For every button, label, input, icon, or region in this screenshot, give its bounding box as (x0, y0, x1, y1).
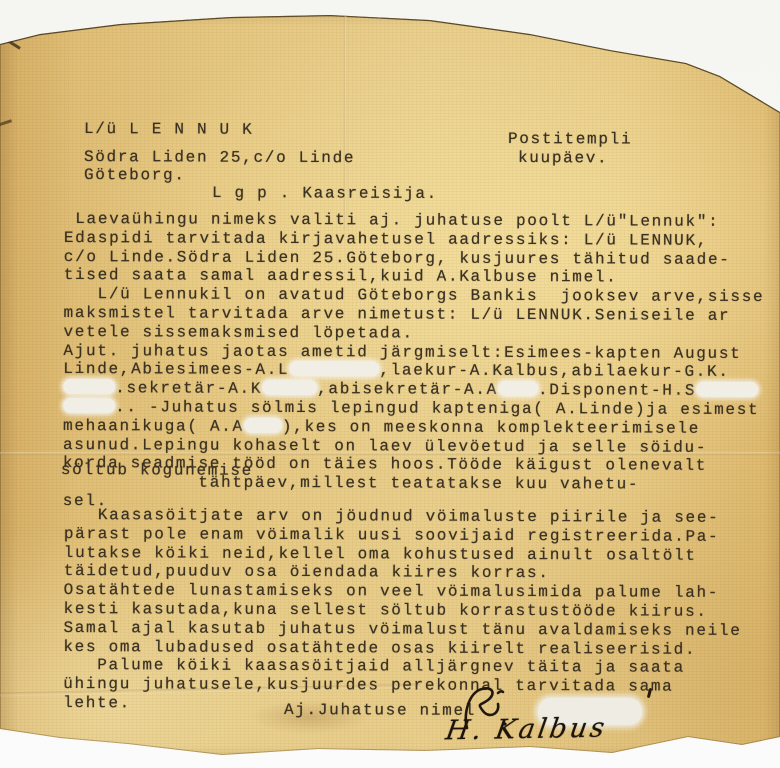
edge-tear-mark (0, 33, 21, 49)
typewritten-text: täidetud,puuduv osa öiendada kiires korr… (64, 562, 550, 582)
redaction-blob (262, 380, 317, 395)
redaction-blob (63, 398, 115, 413)
letter-paper: L/ü L E N N U K Södra Liden 25,c/o Linde… (0, 0, 780, 768)
typewritten-text: Ajut. juhatus jaotas ametid järgmiselt:E… (63, 342, 741, 363)
typewritten-text: tähtpäev,millest teatatakse kuu vahetu- (63, 473, 639, 494)
typewritten-text: Laevaühingu nimeks valiti aj. juhatuse p… (64, 210, 720, 231)
edge-tear-mark (0, 119, 12, 127)
typewritten-text: pärast pole enam vöimalik uusi soovijaid… (64, 525, 720, 546)
typewritten-text: kes oma lubadused osatähtede osas kiirel… (63, 638, 696, 659)
letter-paragraph-1: Laevaühingu nimeks valiti aj. juhatuse p… (63, 210, 765, 514)
redaction-blob (244, 418, 282, 433)
typewritten-text: .. -Juhatus sölmis lepingud kapteniga( A… (115, 398, 759, 419)
typewritten-text: ),kes on meeskonna komplekteerimisele (282, 418, 700, 438)
typewritten-text: maksmistel tarvitada arve nimetust: L/ü … (64, 304, 731, 325)
postmark-label-line1: Postitempli (508, 130, 632, 149)
redaction-blob (63, 379, 115, 394)
typewritten-text: kesti kasutada,kuna sellest söltub korra… (64, 600, 708, 621)
handwritten-signature: H. Kalbus (444, 713, 610, 747)
typewritten-text: Linde,Abiesimees-A.L (63, 360, 289, 379)
redaction-blob (696, 382, 758, 397)
typewritten-text: Kaasasöitjate arv on jöudnud vöimaluste … (64, 506, 720, 527)
typewritten-text: Edaspidi tarvitada kirjavahetusel aadres… (64, 229, 708, 250)
typewritten-text: ,laekur-A.Kalbus,abilaekur-G.K. (379, 362, 729, 382)
typewritten-text: L/ü Lennukil on avatud Göteborgs Bankis … (64, 285, 765, 306)
redaction-blob (289, 361, 379, 376)
typewritten-text: vetele sissemaksmised löpetada. (63, 323, 413, 343)
typewritten-text: Samal ajal kasutab juhatus vöimalust tän… (63, 619, 741, 640)
typewritten-text: lehte. (63, 694, 131, 712)
sender-org-name: L/ü L E N N U K (84, 120, 254, 140)
typewritten-text: Palume köiki kaasasöitjaid alljärgnev tä… (63, 656, 685, 677)
redaction-blob (498, 381, 538, 396)
typewritten-text: ühingu juhatusele,kusjuurdes perekonnal … (63, 675, 673, 696)
typewritten-text: asunud.Lepingu kohaselt on laev ülevöetu… (63, 436, 707, 457)
typewritten-text: mehaanikuga( A.A (63, 417, 244, 436)
postmark-label-line2: kuupäev. (518, 149, 609, 168)
typewritten-text: c/o Linde.Södra Liden 25.Göteborg, kusju… (64, 248, 731, 269)
letter-paragraph-2: Kaasasöitjate arv on jöudnud vöimaluste … (63, 506, 742, 716)
typewritten-text: Osatähtede lunastamiseks on veel vöimalu… (64, 581, 720, 602)
salutation: L g p . Kaasreisija. (212, 184, 438, 204)
typewritten-text: tised saata samal aadressil,kuid A.Kalbu… (64, 266, 618, 286)
sender-address-line1: Södra Liden 25,c/o Linde (84, 148, 355, 168)
typewritten-text: .sekretär-A.K (115, 379, 262, 398)
typewritten-text: .Disponent-H.S (538, 381, 696, 400)
sender-address-line2: Göteborg. (84, 166, 186, 185)
typewritten-text: lutakse köiki neid,kellel oma kohustused… (64, 544, 697, 565)
typewritten-text: ,abisekretär-A.A (317, 380, 498, 399)
